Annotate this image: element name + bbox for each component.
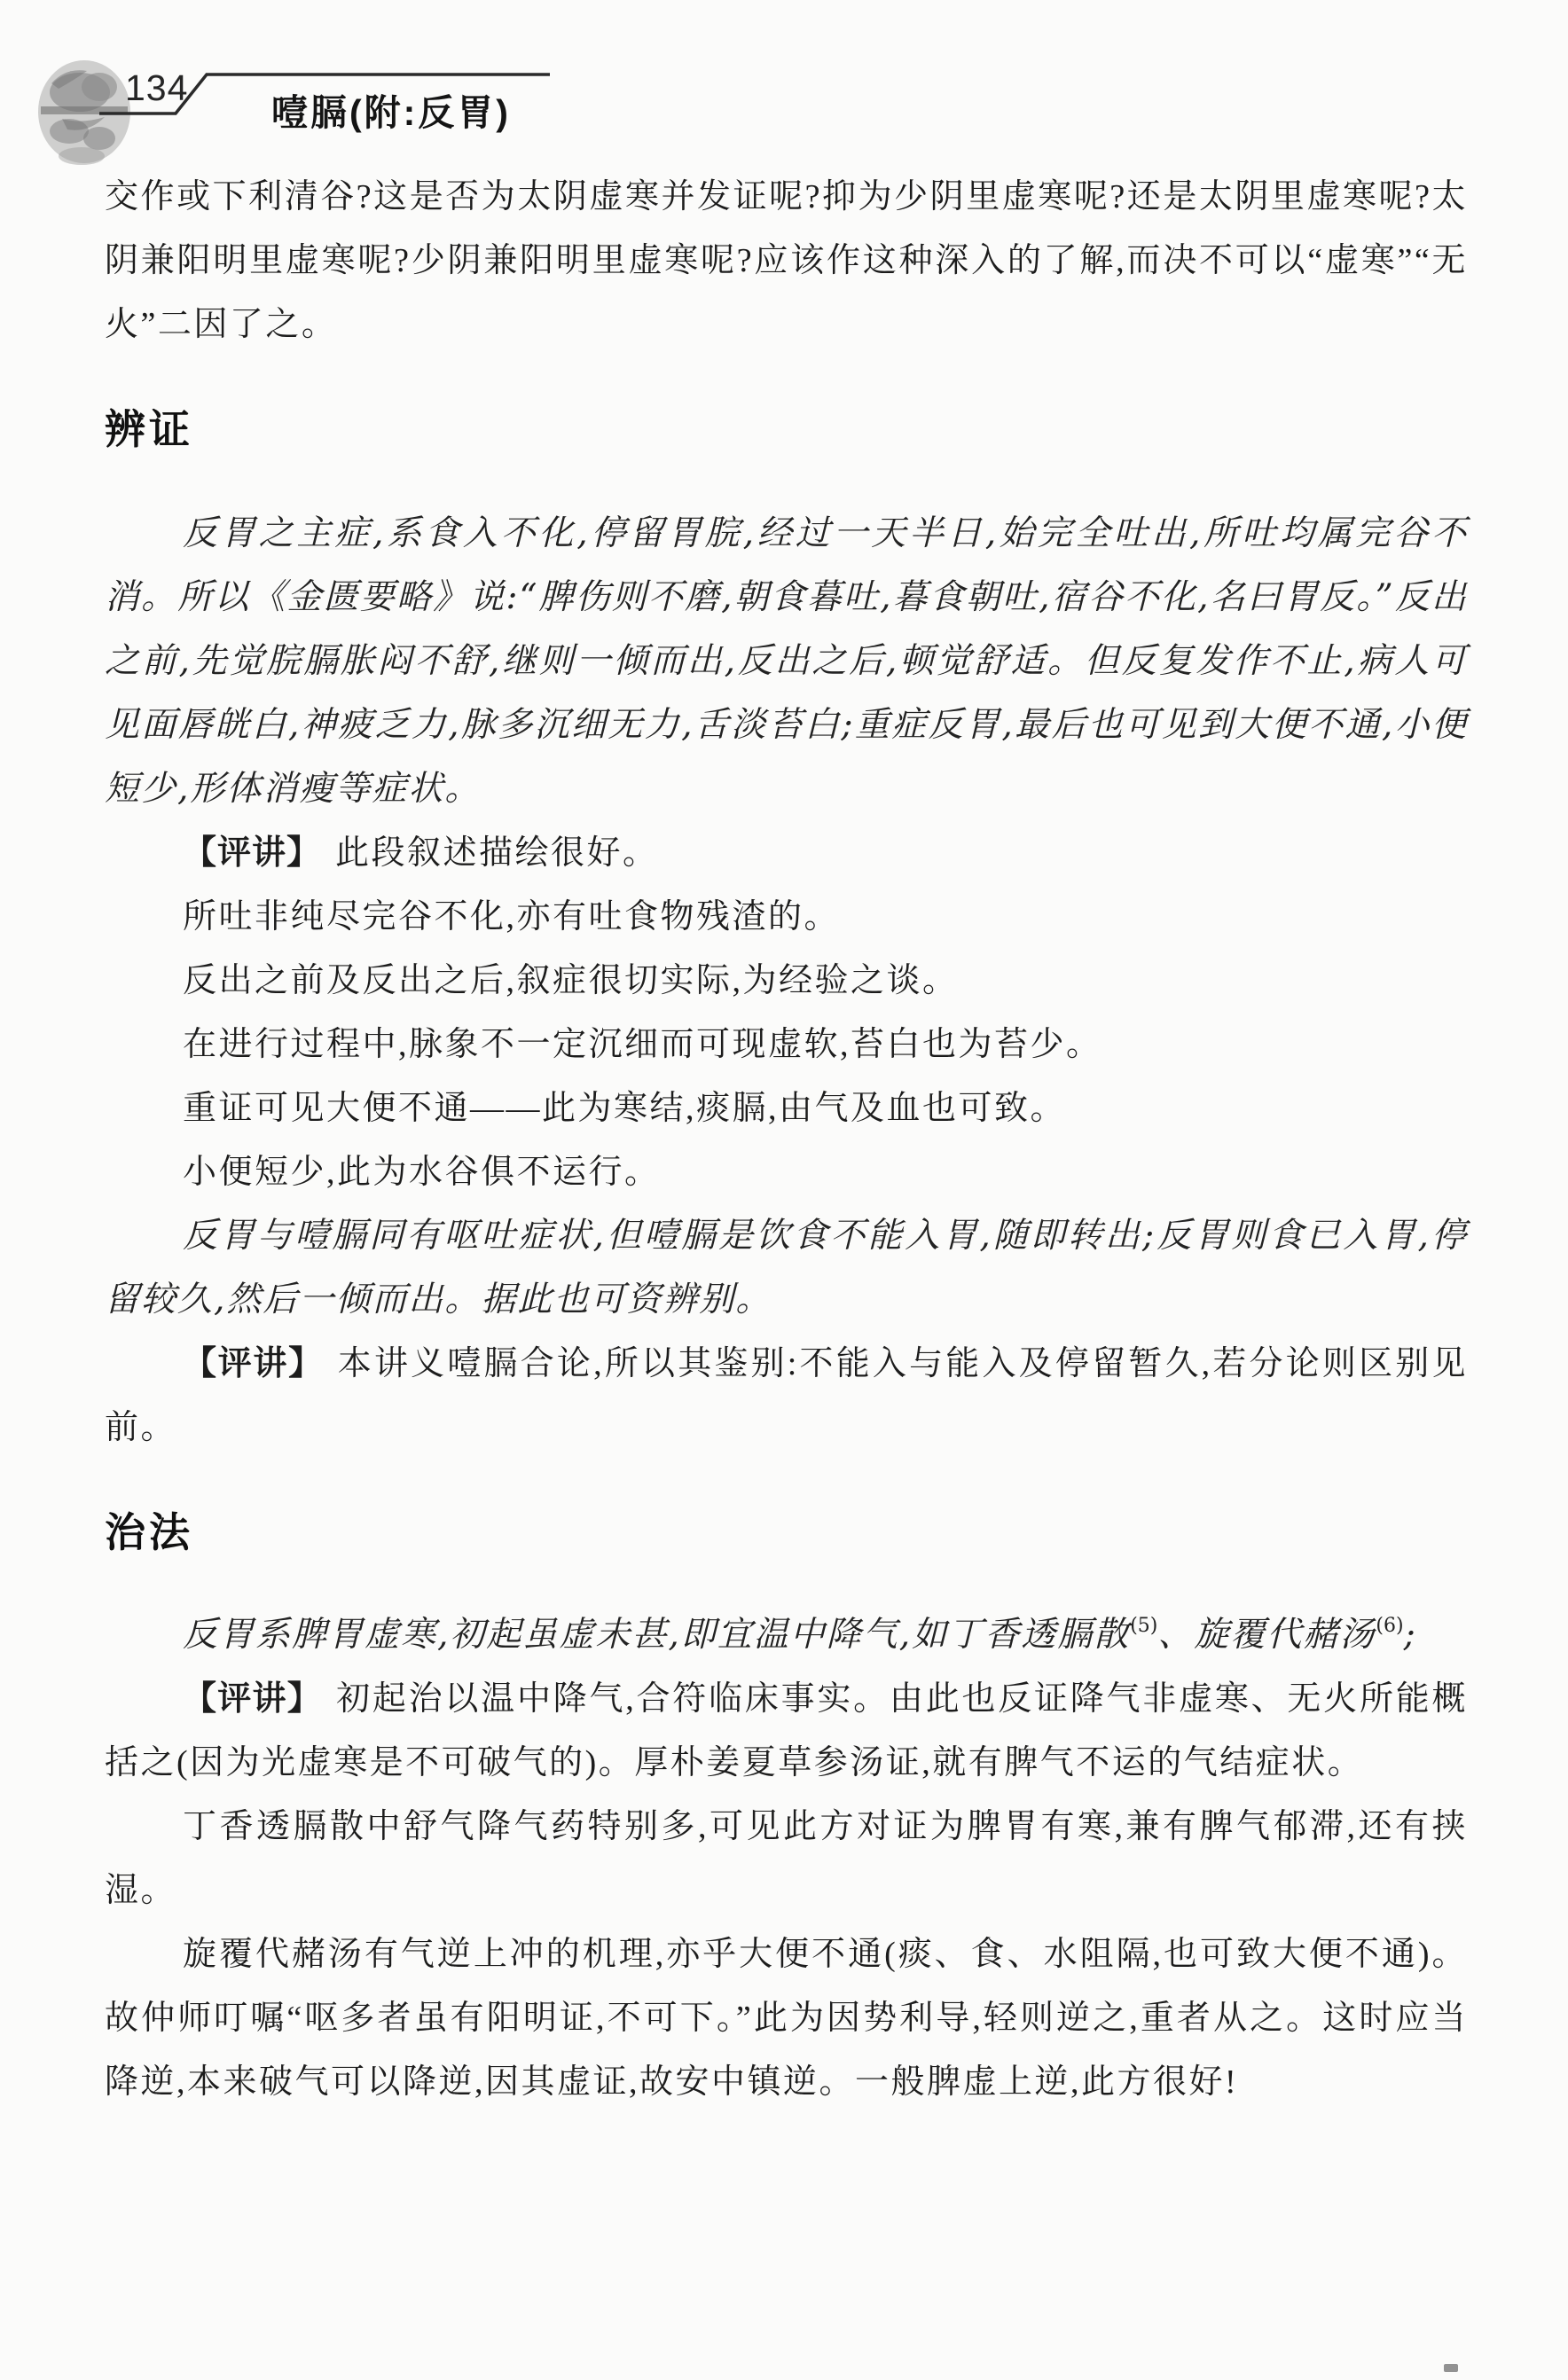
note-paragraph: 丁香透膈散中舒气降气药特别多,可见此方对证为脾胃有寒,兼有脾气郁滞,还有挟湿。 [105, 1795, 1468, 1922]
scan-speck [1444, 2364, 1458, 2372]
lecture-text: 、旋覆代赭汤 [1157, 1615, 1376, 1655]
comment-label: 【评讲】 [183, 1345, 338, 1382]
chapter-title: 噎膈(附:反胃) [271, 83, 511, 136]
note-paragraph: 旋覆代赭汤有气逆上冲的机理,亦乎大便不通(痰、食、水阻隔,也可致大便不通)。故仲… [105, 1922, 1468, 2114]
comment-label: 【评讲】 [183, 834, 335, 872]
footnote-ref-5: (5) [1130, 1615, 1157, 1637]
intro-paragraph: 交作或下利清谷?这是否为太阴虚寒并发证呢?抑为少阴里虚寒呢?还是太阴里虚寒呢?太… [105, 165, 1468, 356]
comment-paragraph: 【评讲】初起治以温中降气,合符临床事实。由此也反证降气非虚寒、无火所能概括之(因… [105, 1667, 1468, 1795]
lecture-text: ; [1404, 1615, 1417, 1655]
note-paragraph: 反出之前及反出之后,叙症很切实际,为经验之谈。 [105, 949, 1468, 1013]
footnote-ref-6: (6) [1376, 1615, 1403, 1637]
comment-paragraph: 【评讲】此段叙述描绘很好。 [105, 821, 1468, 885]
text-column: 交作或下利清谷?这是否为太阴虚寒并发证呢?抑为少阴里虚寒呢?还是太阴里虚寒呢?太… [105, 165, 1468, 2114]
note-paragraph: 小便短少,此为水谷俱不运行。 [105, 1140, 1468, 1204]
comment-label: 【评讲】 [183, 1680, 336, 1718]
book-page: 134 噎膈(附:反胃) 交作或下利清谷?这是否为太阴虚寒并发证呢?抑为少阴里虚… [0, 0, 1568, 2380]
note-paragraph: 在进行过程中,脉象不一定沉细而可现虚软,苔白也为苔少。 [105, 1013, 1468, 1076]
lecture-paragraph: 反胃与噎膈同有呕吐症状,但噎膈是饮食不能入胃,随即转出;反胃则食已入胃,停留较久… [105, 1204, 1468, 1332]
note-paragraph: 重证可见大便不通——此为寒结,痰膈,由气及血也可致。 [105, 1076, 1468, 1140]
comment-paragraph: 【评讲】本讲义噎膈合论,所以其鉴别:不能入与能入及停留暂久,若分论则区别见前。 [105, 1332, 1468, 1460]
section-heading-bianzheng: 辨证 [105, 397, 1468, 456]
comment-text: 此段叙述描绘很好。 [335, 834, 659, 872]
lecture-paragraph: 反胃之主症,系食入不化,停留胃脘,经过一天半日,始完全吐出,所吐均属完谷不消。所… [105, 502, 1468, 821]
lecture-text: 反胃系脾胃虚寒,初起虽虚未甚,即宜温中降气,如丁香透膈散 [183, 1615, 1130, 1655]
page-header: 134 噎膈(附:反胃) [0, 0, 1568, 177]
section-heading-zhifa: 治法 [105, 1500, 1468, 1559]
note-paragraph: 所吐非纯尽完谷不化,亦有吐食物残渣的。 [105, 885, 1468, 949]
lecture-paragraph: 反胃系脾胃虚寒,初起虽虚未甚,即宜温中降气,如丁香透膈散(5)、旋覆代赭汤(6)… [105, 1603, 1468, 1667]
